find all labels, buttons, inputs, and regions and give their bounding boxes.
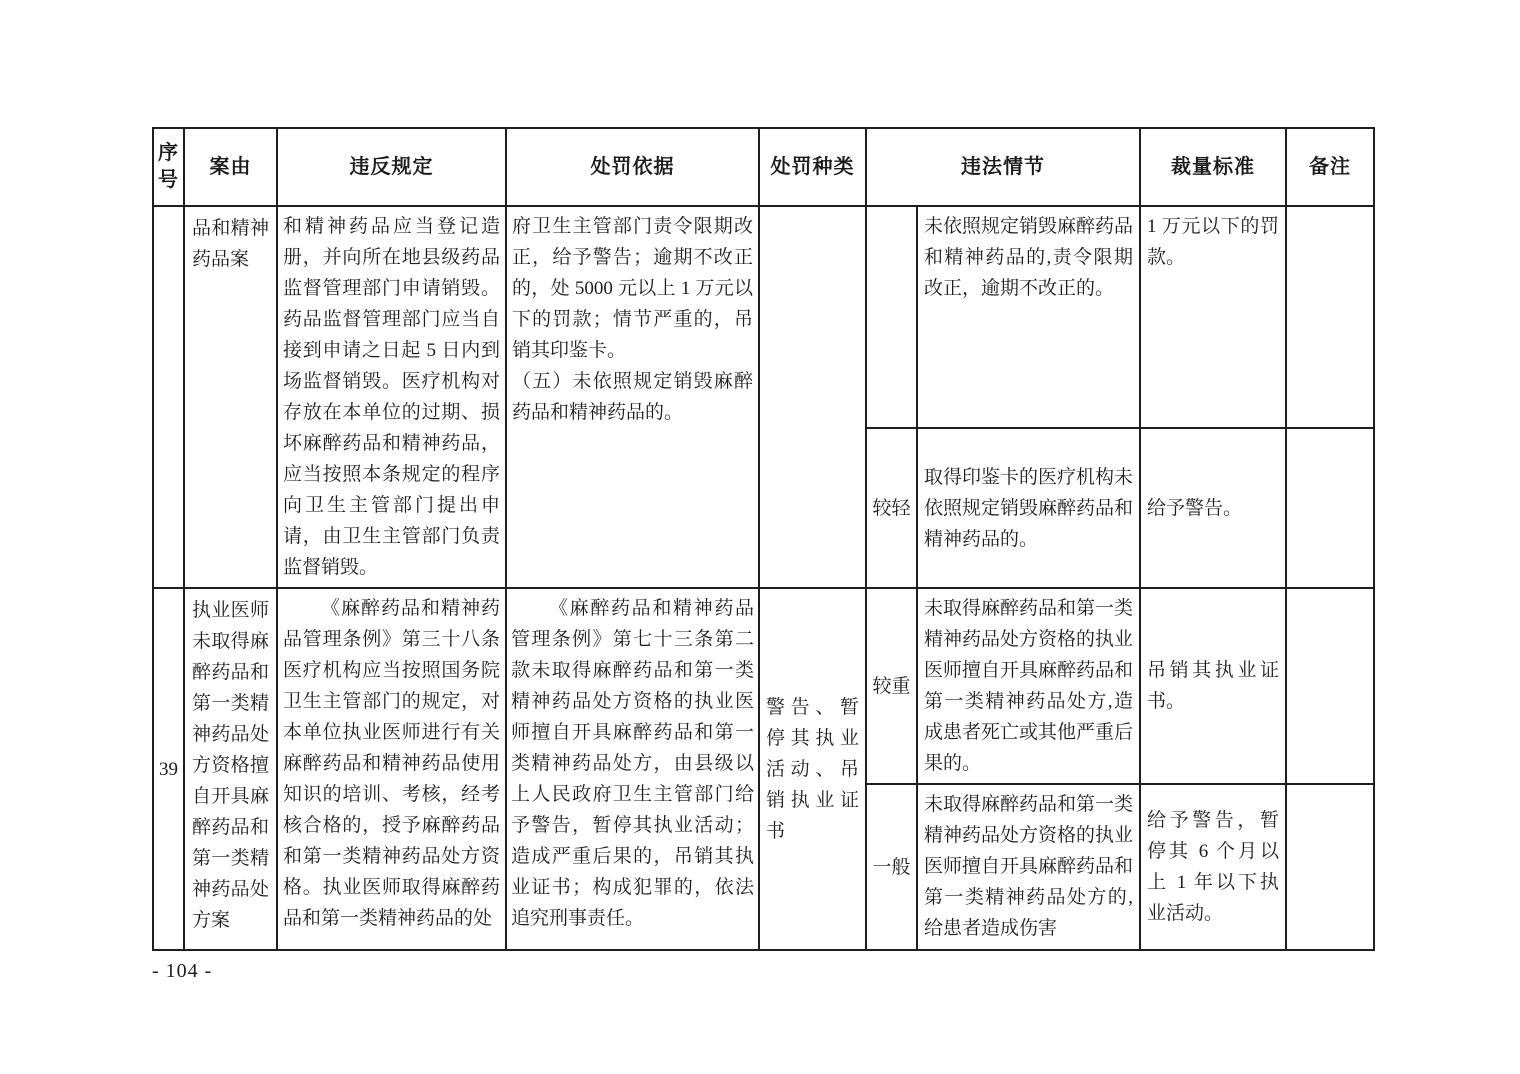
basis-paragraph-2: （五）未依照规定销毁麻醉药品和精神药品的。: [512, 366, 753, 428]
cell-seq: 39: [153, 588, 184, 950]
cell-remark: [1286, 784, 1374, 950]
header-standard: 裁量标准: [1140, 128, 1286, 206]
penalty-discretion-table-wrap: 序号 案由 违反规定 处罚依据 处罚种类 违法情节 裁量标准 备注 品和精神药品…: [152, 127, 1375, 951]
cell-remark: [1286, 206, 1374, 428]
cell-basis: 《麻醉药品和精神药品管理条例》第七十三条第二款未取得麻醉药品和第一类精神药品处方…: [506, 588, 759, 950]
cell-circumstance: 取得印鉴卡的医疗机构未依照规定销毁麻醉药品和精神药品的。: [917, 428, 1140, 588]
header-remark: 备注: [1286, 128, 1374, 206]
basis-paragraph-1: 《麻醉药品和精神药品管理条例》第七十三条第二款未取得麻醉药品和第一类精神药品处方…: [511, 593, 754, 934]
header-circumstance: 违法情节: [866, 128, 1140, 206]
cell-circumstance: 未取得麻醉药品和第一类精神药品处方资格的执业医师擅自开具麻醉药品和第一类精神药品…: [917, 588, 1140, 784]
basis-paragraph-1: 府卫生主管部门责令限期改正，给予警告；逾期不改正的，处 5000 元以上 1 万…: [512, 211, 753, 366]
cell-severity: 较轻: [866, 428, 917, 588]
cell-remark: [1286, 428, 1374, 588]
table-row: 品和精神药品案 和精神药品应当登记造册，并向所在地县级药品监督管理部门申请销毁。…: [153, 206, 1374, 428]
cell-case: 品和精神药品案: [184, 206, 277, 588]
page-number: - 104 -: [152, 960, 212, 983]
cell-standard: 给予警告。: [1140, 428, 1286, 588]
cell-circumstance: 未取得麻醉药品和第一类精神药品处方资格的执业医师擅自开具麻醉药品和第一类精神药品…: [917, 784, 1140, 950]
cell-case: 执业医师未取得麻醉药品和第一类精神药品处方资格擅自开具麻醉药品和第一类精神药品处…: [184, 588, 277, 950]
cell-circumstance: 未依照规定销毁麻醉药品和精神药品的,责令限期改正，逾期不改正的。: [917, 206, 1140, 428]
violation-paragraph: 《麻醉药品和精神药品管理条例》第三十八条医疗机构应当按照国务院卫生主管部门的规定…: [283, 593, 500, 934]
cell-severity: 一般: [866, 784, 917, 950]
cell-seq: [153, 206, 184, 588]
cell-severity: [866, 206, 917, 428]
header-penalty-type: 处罚种类: [759, 128, 866, 206]
cell-violation: 和精神药品应当登记造册，并向所在地县级药品监督管理部门申请销毁。药品监督管理部门…: [277, 206, 506, 588]
cell-standard: 1 万元以下的罚款。: [1140, 206, 1286, 428]
cell-penalty-type: 警告、暂停其执业活动、吊销执业证书: [759, 588, 866, 950]
cell-remark: [1286, 588, 1374, 784]
violation-paragraph: 和精神药品应当登记造册，并向所在地县级药品监督管理部门申请销毁。药品监督管理部门…: [283, 211, 500, 583]
header-case: 案由: [184, 128, 277, 206]
cell-basis: 府卫生主管部门责令限期改正，给予警告；逾期不改正的，处 5000 元以上 1 万…: [506, 206, 759, 588]
header-basis: 处罚依据: [506, 128, 759, 206]
table-header-row: 序号 案由 违反规定 处罚依据 处罚种类 违法情节 裁量标准 备注: [153, 128, 1374, 206]
header-seq: 序号: [153, 128, 184, 206]
cell-severity: 较重: [866, 588, 917, 784]
table-row: 39 执业医师未取得麻醉药品和第一类精神药品处方资格擅自开具麻醉药品和第一类精神…: [153, 588, 1374, 784]
cell-violation: 《麻醉药品和精神药品管理条例》第三十八条医疗机构应当按照国务院卫生主管部门的规定…: [277, 588, 506, 950]
cell-standard: 吊销其执业证书。: [1140, 588, 1286, 784]
cell-penalty-type: [759, 206, 866, 588]
header-violation: 违反规定: [277, 128, 506, 206]
penalty-discretion-table: 序号 案由 违反规定 处罚依据 处罚种类 违法情节 裁量标准 备注 品和精神药品…: [152, 127, 1375, 951]
cell-standard: 给予警告，暂停其 6 个月以上 1 年以下执业活动。: [1140, 784, 1286, 950]
